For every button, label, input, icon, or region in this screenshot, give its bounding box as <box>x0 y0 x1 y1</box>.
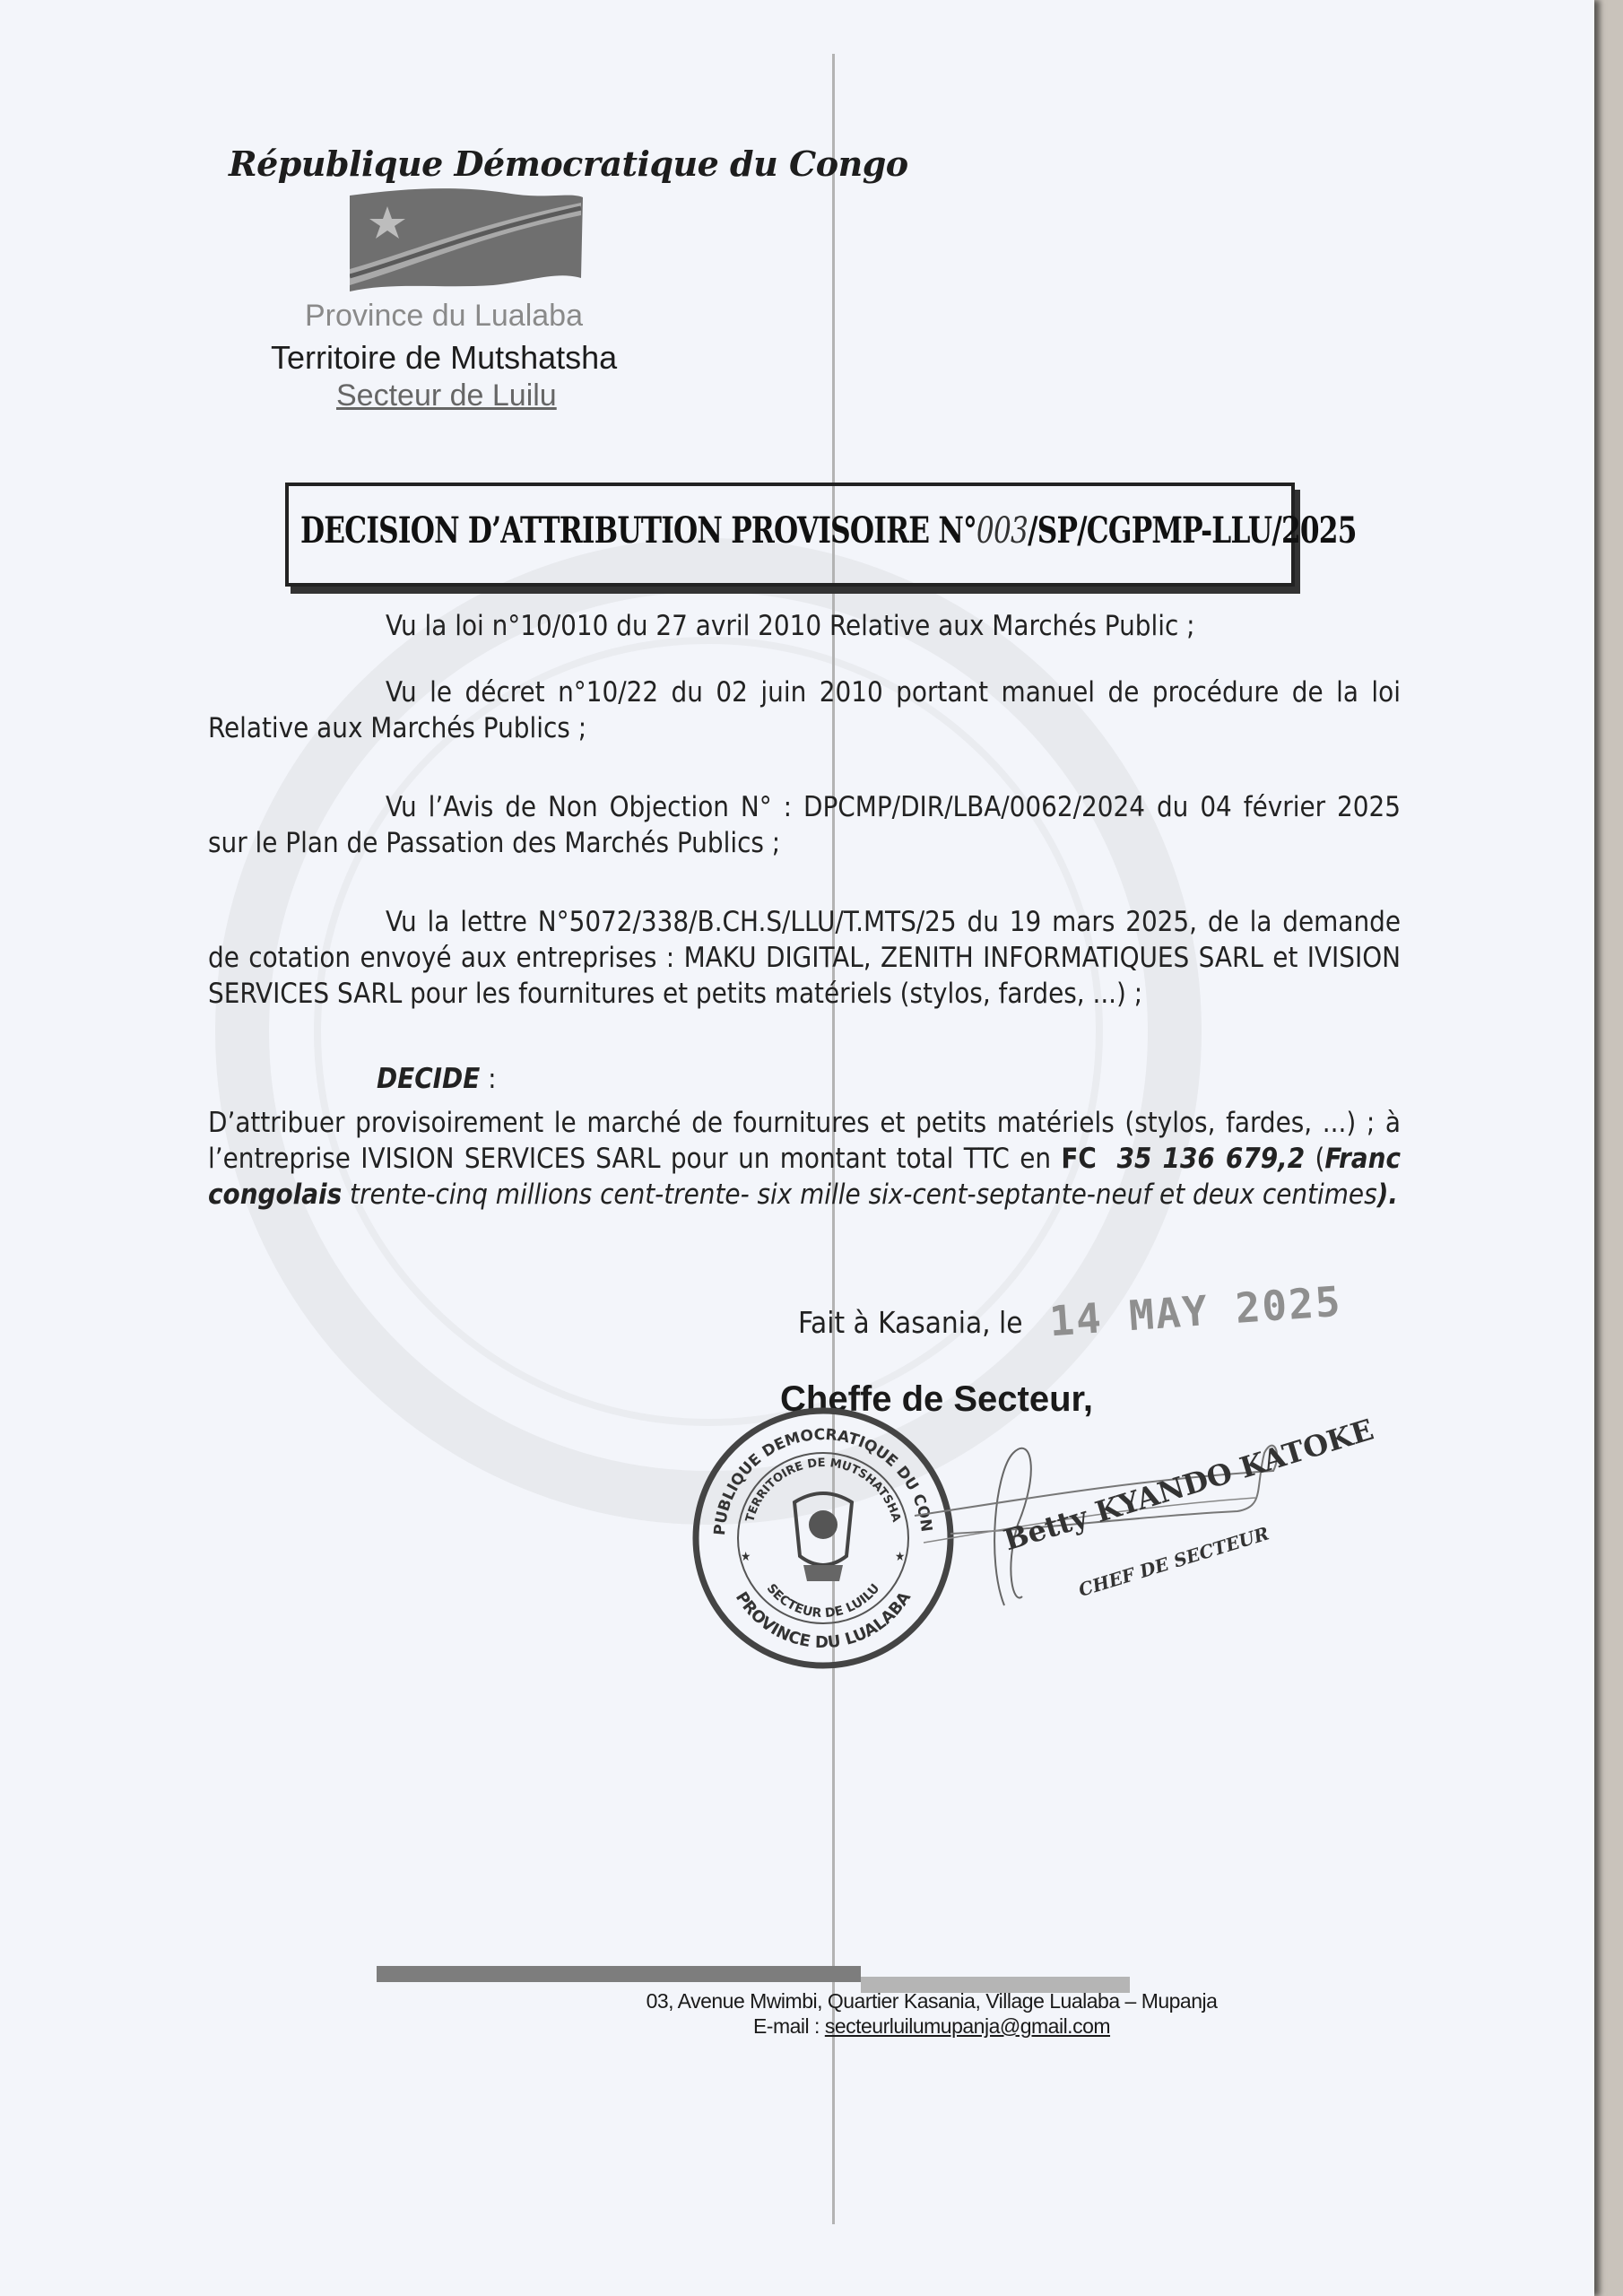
decision-text: D’attribuer provisoirement le marché de … <box>208 1105 1401 1213</box>
consideration-decree: Vu le décret n°10/22 du 02 juin 2010 por… <box>208 674 1401 746</box>
drc-flag-icon <box>350 188 583 291</box>
footer-email: E-mail : secteurluilumupanja@gmail.com <box>0 2014 1594 2039</box>
decide-heading: DECIDE : <box>377 1063 497 1095</box>
consideration-law: Vu la loi n°10/010 du 27 avril 2010 Rela… <box>208 608 1401 644</box>
place-date-label: Fait à Kasania, le <box>798 1305 1023 1340</box>
province-name: Province du Lualaba <box>305 299 583 334</box>
title-suffix: /SP/CGPMP-LLU/2025 <box>1028 509 1357 552</box>
svg-text:★: ★ <box>741 1550 751 1564</box>
amount: 35 136 679,2 <box>1117 1143 1306 1175</box>
consideration-letter: Vu la lettre N°5072/338/B.CH.S/LLU/T.MTS… <box>208 904 1401 1012</box>
consideration-non-objection: Vu l’Avis de Non Objection N° : DPCMP/DI… <box>208 789 1401 861</box>
document-title: DECISION D’ATTRIBUTION PROVISOIRE N°003/… <box>300 509 1357 552</box>
sector-name: Secteur de Luilu <box>336 378 557 413</box>
document-page: République Démocratique du Congo Provinc… <box>0 0 1594 2296</box>
territory-name: Territoire de Mutshatsha <box>271 339 617 377</box>
footer-address: 03, Avenue Mwimbi, Quartier Kasania, Vil… <box>0 1989 1594 2013</box>
footer-bar <box>377 1966 861 1982</box>
currency: FC <box>1061 1143 1097 1175</box>
country-heading: République Démocratique du Congo <box>229 143 908 184</box>
svg-text:SECTEUR DE LUILU: SECTEUR DE LUILU <box>764 1581 883 1621</box>
amount-in-words: trente-cinq millions cent-trente- six mi… <box>342 1178 1376 1211</box>
title-number: 003 <box>976 510 1028 552</box>
email-link[interactable]: secteurluilumupanja@gmail.com <box>825 2014 1110 2038</box>
title-prefix: DECISION D’ATTRIBUTION PROVISOIRE N° <box>300 509 976 552</box>
